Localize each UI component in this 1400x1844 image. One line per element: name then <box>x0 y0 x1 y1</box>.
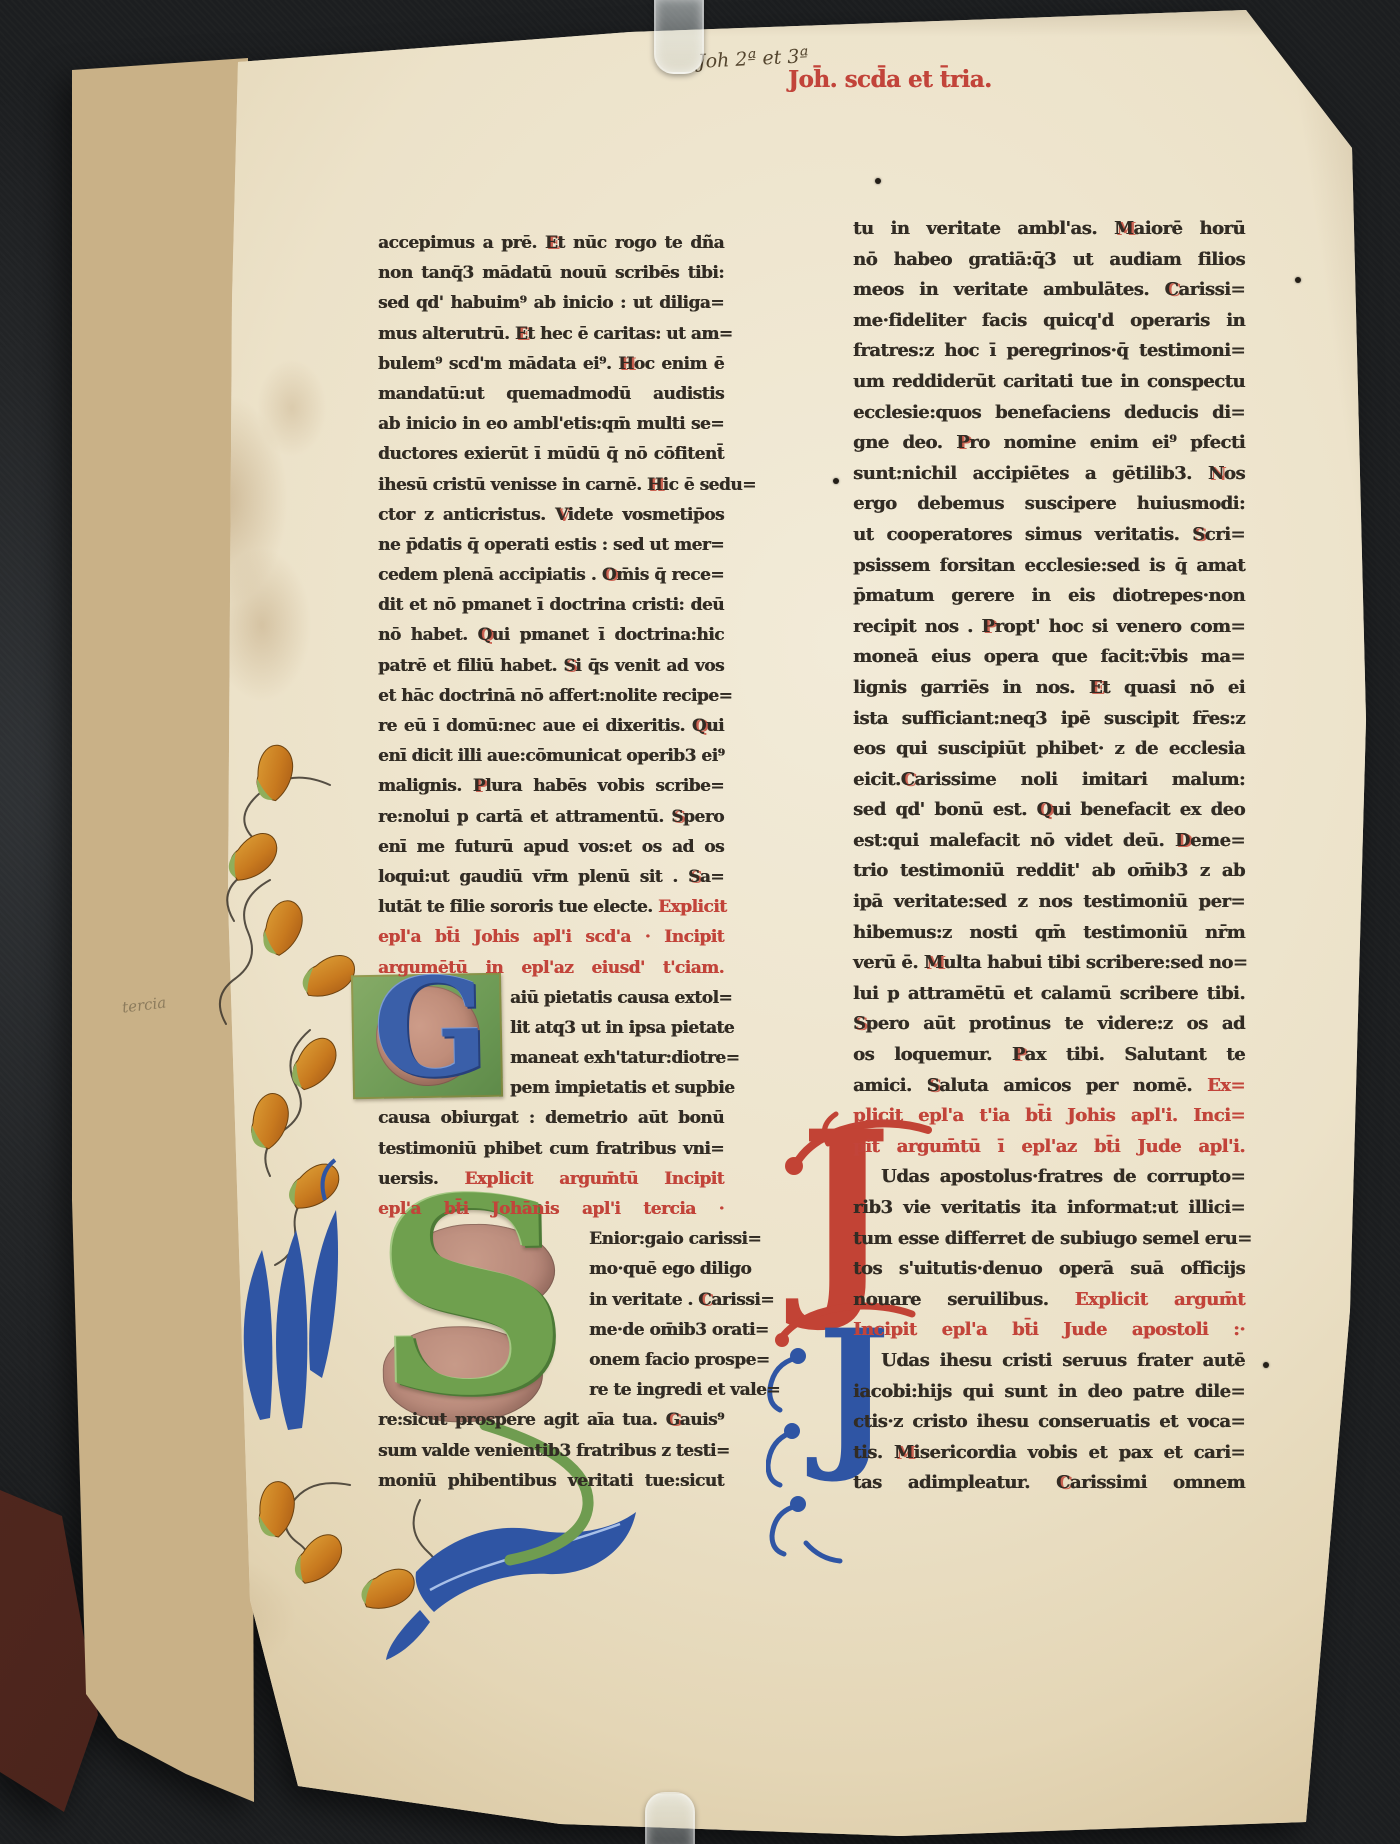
body-text: aiorē horū <box>1133 218 1245 239</box>
text-line: loqui:ut gaudiū vr̄m plenū sit . Sa= <box>378 862 724 892</box>
text-line: ductores exierūt ī mūdū q̄ nō cōfitent̄ <box>378 439 724 469</box>
text-line: argumētū in epl'az eiusd' t'ciam. <box>378 953 724 983</box>
rubricated-capital: P <box>1012 1044 1025 1065</box>
body-text: ulta habui tibi scribere:sed no= <box>943 952 1247 973</box>
wormhole <box>1263 1362 1269 1368</box>
body-text: ista sufficiant:neq3 ipē suscipit fr̄es:… <box>853 708 1245 729</box>
text-line: ergo debemus suscipere huiusmodi: <box>853 489 1245 520</box>
body-text: nō habeo gratiā:q̄3 ut audiam filios <box>853 249 1245 270</box>
body-text: aluta amicos per nomē. <box>939 1075 1207 1096</box>
text-line: um reddiderūt caritati tue in conspectu <box>853 367 1245 398</box>
body-text: ic ē sedu= <box>662 475 755 495</box>
text-line: nō habet. Qui pmanet ī doctrina:hic <box>378 620 724 650</box>
text-line: moneā eius opera que facit:v̄bis ma= <box>853 642 1245 673</box>
rubricated-capital: S <box>853 1013 866 1034</box>
rubricated-capital: H <box>647 475 663 495</box>
body-text: lui p attramētū et calamū scribere tibi. <box>853 983 1245 1004</box>
text-line: hibemus:z nosti qm̄ testimoniū nr̄m <box>853 918 1245 949</box>
text-line: malignis. Plura habēs vobis scribe= <box>378 771 724 801</box>
text-line: ab inicio in eo ambl'etis:qm̄ multi se= <box>378 409 724 439</box>
body-text: p̄matum gerere in eis diotrepes·non <box>853 585 1245 606</box>
text-line: moniū phibentibus veritati tue:sicut <box>378 1466 724 1496</box>
body-text: ax tibi. Salutant te <box>1024 1044 1245 1065</box>
body-text: causa obiurgat : demetrio aūt bonū <box>378 1108 724 1128</box>
rubricated-capital: P <box>981 616 994 637</box>
text-line: dit et nō pmanet ī doctrina cristi: deū <box>378 590 724 620</box>
body-text: aiū pietatis causa extol= <box>510 988 732 1008</box>
body-text: recipit nos . <box>853 616 981 637</box>
body-text: ctis·z cristo ihesu conseruatis et voca= <box>853 1411 1245 1432</box>
body-text: arissimi omnem <box>1070 1472 1245 1493</box>
body-text: tas adimpleatur. <box>853 1472 1056 1493</box>
text-line: rib3 vie veritatis ita informat:ut illic… <box>853 1193 1245 1224</box>
rubric-text: Ex= <box>1207 1075 1245 1096</box>
text-line: ctor z anticristus. Videte vosmetip̄os <box>378 500 724 530</box>
body-text: idete vosmetip̄os <box>567 505 724 525</box>
body-text: trio testimoniū reddit' ab om̄ib3 z ab <box>853 860 1245 881</box>
body-text: tos s'uitutis·denuo operā suā officijs <box>853 1258 1245 1279</box>
text-line: ecclesie:quos benefaciens deducis di= <box>853 398 1245 429</box>
body-text: ro nomine enim ei⁹ pfecti <box>969 432 1245 453</box>
body-text: os loquemur. <box>853 1044 1012 1065</box>
text-line: enī dicit illi aue:cōmunicat operib3 ei⁹ <box>378 741 724 771</box>
body-text: re:sicut prospere agit aīa tua. <box>378 1410 666 1430</box>
body-text: ctor z anticristus. <box>378 505 555 525</box>
body-text: tu in veritate ambl'as. <box>853 218 1114 239</box>
text-line: nouare seruilibus. Explicit argum̄t <box>853 1285 1245 1316</box>
text-line: eicit.Carissime noli imitari malum: <box>853 765 1245 796</box>
rubricated-capital: V <box>555 505 567 525</box>
body-text: sum valde venientib3 fratribus z testi= <box>378 1441 730 1461</box>
wormhole <box>1295 277 1301 283</box>
rubricated-capital: Q <box>477 625 491 645</box>
body-text: Udas apostolus·fratres de corrupto= <box>881 1166 1245 1187</box>
body-text: ut cooperatores simus veritatis. <box>853 524 1192 545</box>
body-text: ropt' hoc si venero com= <box>994 616 1245 637</box>
body-text: maneat exh'tatur:diotre= <box>510 1048 739 1068</box>
text-line: p̄matum gerere in eis diotrepes·non <box>853 581 1245 612</box>
body-text: auis⁹ <box>680 1410 724 1430</box>
body-text: uersis. <box>378 1169 464 1189</box>
rubricated-capital: M <box>924 952 943 973</box>
text-line: lit atq3 ut in ipsa pietate <box>378 1013 724 1043</box>
body-text: ergo debemus suscipere huiusmodi: <box>853 493 1245 514</box>
body-text: mus alterutrū. <box>378 324 515 344</box>
body-text: me·de om̄ib3 orati= <box>589 1320 769 1340</box>
text-line: recipit nos . Propt' hoc si venero com= <box>853 612 1245 643</box>
rubric-text: Explicit <box>658 897 727 917</box>
body-text: ne p̄datis q̄ operati estis : sed ut mer… <box>378 535 724 555</box>
text-line: bulem⁹ scd'm mādata ei⁹. Hoc enim ē <box>378 349 724 379</box>
text-line: re:sicut prospere agit aīa tua. Gauis⁹ <box>378 1405 724 1435</box>
body-text: ductores exierūt ī mūdū q̄ nō cōfitent̄ <box>378 444 724 464</box>
rubricated-capital: S <box>563 656 575 676</box>
body-text: lutāt te filie sororis tue electe. <box>378 897 658 917</box>
wormhole <box>875 178 881 184</box>
body-text: malignis. <box>378 776 473 796</box>
text-line: amici. Saluta amicos per nomē. Ex= <box>853 1071 1245 1102</box>
text-line: gne deo. Pro nomine enim ei⁹ pfecti <box>853 428 1245 459</box>
body-text: um reddiderūt caritati tue in conspectu <box>853 371 1245 392</box>
text-line: plicit epl'a t'ia bt̄i Johis apl'i. Inci… <box>853 1101 1245 1132</box>
body-text: i q̄s venit ad vos <box>575 656 724 676</box>
text-line: iacobi:hijs qui sunt in deo patre dile= <box>853 1377 1245 1408</box>
text-line: sunt:nichil accipiētes a gētilib3. Nos <box>853 459 1245 490</box>
text-line: ipā veritate:sed z nos testimoniū per= <box>853 887 1245 918</box>
body-text: oc enim ē <box>634 354 724 374</box>
rubricated-capital: Q <box>1037 799 1052 820</box>
body-text: rib3 vie veritatis ita informat:ut illic… <box>853 1197 1245 1218</box>
body-text: Enior:gaio carissi= <box>589 1229 761 1249</box>
text-line: patrē et filiū habet. Si q̄s venit ad vo… <box>378 651 724 681</box>
rubric-text: epl'a bt̄i Johis apl'i scd'a · Incipit <box>378 927 724 947</box>
rubric-text: Explicit argum̄t <box>1075 1289 1245 1310</box>
body-text: t quasi nō ei <box>1102 677 1245 698</box>
rubric-text: epl'a bt̄i Johānis apl'i tercia · <box>378 1199 724 1219</box>
rubricated-capital: E <box>545 233 557 253</box>
text-line: Incipit epl'a bt̄i Jude apostoli :· <box>853 1315 1245 1346</box>
body-text: verū ē. <box>853 952 924 973</box>
text-line: mo·quē ego diligo <box>378 1254 724 1284</box>
body-text: onem facio prospe= <box>589 1350 770 1370</box>
body-text: tis. <box>853 1442 894 1463</box>
text-line: fratres:z hoc ī peregrinos·q̄ testimoni= <box>853 336 1245 367</box>
text-line: epl'a bt̄i Johānis apl'i tercia · <box>378 1194 724 1224</box>
text-line: tas adimpleatur. Carissimi omnem <box>853 1468 1245 1499</box>
body-text: eme= <box>1190 830 1245 851</box>
text-line: pit argum̄tū ī epl'az bt̄i Jude apl'i. <box>853 1132 1245 1163</box>
text-line: me·de om̄ib3 orati= <box>378 1315 724 1345</box>
rubricated-capital: C <box>1165 279 1179 300</box>
body-text: cedem plenā accipiatis . <box>378 565 602 585</box>
text-line: re:nolui p cartā et attramentū. Spero <box>378 802 724 832</box>
rubricated-capital: C <box>698 1290 711 1310</box>
text-line: Udas apostolus·fratres de corrupto= <box>853 1162 1245 1193</box>
rubric-text: argumētū in epl'az eiusd' t'ciam. <box>378 958 724 978</box>
text-line: et hāc doctrinā nō affert:nolite recipe= <box>378 681 724 711</box>
text-line: est:qui malefacit nō videt deū. Deme= <box>853 826 1245 857</box>
rubricated-capital: S <box>1192 524 1205 545</box>
body-text: loqui:ut gaudiū vr̄m plenū sit . <box>378 867 688 887</box>
body-text: arissime noli imitari malum: <box>915 769 1246 790</box>
text-line: lui p attramētū et calamū scribere tibi. <box>853 979 1245 1010</box>
rubricated-capital: C <box>1056 1472 1070 1493</box>
text-line: psissem forsitan ecclesie:sed is q̄ amat <box>853 551 1245 582</box>
body-text: sunt:nichil accipiētes a gētilib3. <box>853 463 1208 484</box>
text-line: enī me futurū apud vos:et os ad os <box>378 832 724 862</box>
body-text: nō habet. <box>378 625 477 645</box>
body-text: dit et nō pmanet ī doctrina cristi: deū <box>378 595 724 615</box>
body-text: ui pmanet ī doctrina:hic <box>492 625 724 645</box>
body-text: gne deo. <box>853 432 956 453</box>
text-line: non tanq̄3 mādatū nouū scribēs tibi: <box>378 258 724 288</box>
text-line: ne p̄datis q̄ operati estis : sed ut mer… <box>378 530 724 560</box>
rubricated-capital: N <box>1208 463 1224 484</box>
text-line: eos qui suscipiūt phibet· z de ecclesia <box>853 734 1245 765</box>
text-line: re eū ī domū:nec aue ei dixeritis. Qui <box>378 711 724 741</box>
body-text: nouare seruilibus. <box>853 1289 1075 1310</box>
text-line: os loquemur. Pax tibi. Salutant te <box>853 1040 1245 1071</box>
body-text: me·fideliter facis quicq'd operaris in <box>853 310 1245 331</box>
body-text: hibemus:z nosti qm̄ testimoniū nr̄m <box>853 922 1245 943</box>
body-text: t hec ē caritas: ut am= <box>527 324 732 344</box>
text-line: tum esse differret de subiugo semel eru= <box>853 1224 1245 1255</box>
body-text: lignis garriēs in nos. <box>853 677 1089 698</box>
body-text: re eū ī domū:nec aue ei dixeritis. <box>378 716 692 736</box>
text-line: trio testimoniū reddit' ab om̄ib3 z ab <box>853 856 1245 887</box>
body-text: arissi= <box>1178 279 1245 300</box>
body-text: ihesū cristū venisse in carnē. <box>378 475 647 495</box>
body-text: ui <box>706 716 724 736</box>
text-line: testimoniū phibet cum fratribus vni= <box>378 1134 724 1164</box>
body-text: tum esse differret de subiugo semel eru= <box>853 1228 1252 1249</box>
rubricated-capital: M <box>894 1442 913 1463</box>
rubric-text: Explicit argum̄tū Incipit <box>464 1169 724 1189</box>
body-text: psissem forsitan ecclesie:sed is q̄ amat <box>853 555 1245 576</box>
body-text: eicit. <box>853 769 901 790</box>
body-text: isericordia vobis et pax et cari= <box>913 1442 1245 1463</box>
body-text: meos in veritate ambulātes. <box>853 279 1165 300</box>
body-text: m̄is q̄ rece= <box>616 565 724 585</box>
text-line: mandatū:ut quemadmodū audistis <box>378 379 724 409</box>
body-text: enī dicit illi aue:cōmunicat operib3 ei⁹ <box>378 746 725 766</box>
rubricated-capital: M <box>1114 218 1133 239</box>
body-text: moneā eius opera que facit:v̄bis ma= <box>853 646 1245 667</box>
body-text: et hāc doctrinā nō affert:nolite recipe= <box>378 686 732 706</box>
text-line: Enior:gaio carissi= <box>378 1224 724 1254</box>
body-text: ab inicio in eo ambl'etis:qm̄ multi se= <box>378 414 724 434</box>
text-line: accepimus a prē. Et nūc rogo te dña <box>378 228 724 258</box>
text-line: ihesū cristū venisse in carnē. Hic ē sed… <box>378 470 724 500</box>
text-line: causa obiurgat : demetrio aūt bonū <box>378 1103 724 1133</box>
body-text: non tanq̄3 mādatū nouū scribēs tibi: <box>378 263 724 283</box>
text-line: sed qd' bonū est. Qui benefacit ex deo <box>853 795 1245 826</box>
body-text: pero <box>683 807 724 827</box>
text-line: ut cooperatores simus veritatis. Scri= <box>853 520 1245 551</box>
body-text: Udas ihesu cristi seruus frater autē <box>881 1350 1245 1371</box>
body-text: os <box>1224 463 1245 484</box>
body-text: bulem⁹ scd'm mādata ei⁹. <box>378 354 618 374</box>
text-line: Udas ihesu cristi seruus frater autē <box>853 1346 1245 1377</box>
text-line: tos s'uitutis·denuo operā suā officijs <box>853 1254 1245 1285</box>
rubricated-capital: C <box>901 769 915 790</box>
body-text: sed qd' bonū est. <box>853 799 1037 820</box>
text-line: tis. Misericordia vobis et pax et cari= <box>853 1438 1245 1469</box>
body-text: enī me futurū apud vos:et os ad os <box>378 837 724 857</box>
page-holder-clip-bottom <box>645 1792 695 1844</box>
body-text: ui benefacit ex deo <box>1052 799 1245 820</box>
text-line: maneat exh'tatur:diotre= <box>378 1043 724 1073</box>
body-text: in veritate . <box>589 1290 698 1310</box>
text-line: lutāt te filie sororis tue electe. Expli… <box>378 892 724 922</box>
body-text: ecclesie:quos benefaciens deducis di= <box>853 402 1245 423</box>
column-right: tu in veritate ambl'as. Maiorē horūnō ha… <box>853 214 1245 1499</box>
rubric-text: plicit epl'a t'ia bt̄i Johis apl'i. Inci… <box>853 1105 1245 1126</box>
body-text: mo·quē ego diligo <box>589 1259 751 1279</box>
body-text: amici. <box>853 1075 927 1096</box>
rubricated-capital: O <box>602 565 616 585</box>
text-line: tu in veritate ambl'as. Maiorē horū <box>853 214 1245 245</box>
rubricated-capital: H <box>618 354 634 374</box>
rubricated-capital: S <box>688 867 700 887</box>
body-text: a= <box>700 867 724 887</box>
body-text: cri= <box>1205 524 1245 545</box>
text-line: mus alterutrū. Et hec ē caritas: ut am= <box>378 319 724 349</box>
body-text: iacobi:hijs qui sunt in deo patre dile= <box>853 1381 1245 1402</box>
text-line: onem facio prospe= <box>378 1345 724 1375</box>
rubricated-capital: G <box>666 1410 680 1430</box>
wormhole <box>833 478 839 484</box>
text-line: me·fideliter facis quicq'd operaris in <box>853 306 1245 337</box>
body-text: moniū phibentibus veritati tue:sicut <box>378 1471 724 1491</box>
text-line: ista sufficiant:neq3 ipē suscipit fr̄es:… <box>853 704 1245 735</box>
text-line: nō habeo gratiā:q̄3 ut audiam filios <box>853 245 1245 276</box>
body-text: lit atq3 ut in ipsa pietate <box>510 1018 734 1038</box>
body-text: est:qui malefacit nō videt deū. <box>853 830 1175 851</box>
text-line: meos in veritate ambulātes. Carissi= <box>853 275 1245 306</box>
text-line: lignis garriēs in nos. Et quasi nō ei <box>853 673 1245 704</box>
text-line: verū ē. Multa habui tibi scribere:sed no… <box>853 948 1245 979</box>
text-line: uersis. Explicit argum̄tū Incipit <box>378 1164 724 1194</box>
body-text: t nūc rogo te dña <box>557 233 724 253</box>
rubricated-capital: P <box>956 432 969 453</box>
body-text: ipā veritate:sed z nos testimoniū per= <box>853 891 1245 912</box>
text-line: epl'a bt̄i Johis apl'i scd'a · Incipit <box>378 922 724 952</box>
body-text: sed qd' habuim⁹ ab inicio : ut diliga= <box>378 293 724 313</box>
text-line: re te ingredi et vale= <box>378 1375 724 1405</box>
column-left: accepimus a prē. Et nūc rogo te dñanon t… <box>378 228 724 1496</box>
body-text: patrē et filiū habet. <box>378 656 563 676</box>
body-text: eos qui suscipiūt phibet· z de ecclesia <box>853 738 1245 759</box>
body-text: re te ingredi et vale= <box>589 1380 780 1400</box>
rubricated-capital: D <box>1175 830 1190 851</box>
rubricated-capital: E <box>515 324 527 344</box>
text-line: Spero aūt protinus te videre:z os ad <box>853 1009 1245 1040</box>
body-text: mandatū:ut quemadmodū audistis <box>378 384 724 404</box>
rubricated-capital: P <box>473 776 485 796</box>
text-line: sum valde venientib3 fratribus z testi= <box>378 1436 724 1466</box>
rubric-text: Incipit epl'a bt̄i Jude apostoli :· <box>853 1319 1245 1340</box>
body-text: testimoniū phibet cum fratribus vni= <box>378 1139 724 1159</box>
text-line: ctis·z cristo ihesu conseruatis et voca= <box>853 1407 1245 1438</box>
body-text: lura habēs vobis scribe= <box>485 776 724 796</box>
text-line: in veritate . Carissi= <box>378 1285 724 1315</box>
rubricated-capital: E <box>1089 677 1102 698</box>
body-text: accepimus a prē. <box>378 233 545 253</box>
text-line: aiū pietatis causa extol= <box>378 983 724 1013</box>
page-holder-clip-top <box>654 0 704 74</box>
text-line: cedem plenā accipiatis . Om̄is q̄ rece= <box>378 560 724 590</box>
body-text: fratres:z hoc ī peregrinos·q̄ testimoni= <box>853 340 1245 361</box>
running-title: Joh̄. scd̄a et t̄ria. <box>788 66 992 93</box>
text-line: pem impietatis et supbie <box>378 1073 724 1103</box>
rubricated-capital: S <box>671 807 683 827</box>
rubricated-capital: S <box>927 1075 940 1096</box>
body-text: pero aūt protinus te videre:z os ad <box>866 1013 1246 1034</box>
body-text: re:nolui p cartā et attramentū. <box>378 807 671 827</box>
rubric-text: pit argum̄tū ī epl'az bt̄i Jude apl'i. <box>853 1136 1245 1157</box>
rubricated-capital: Q <box>692 716 706 736</box>
manuscript-photograph: Joh̄. scd̄a et t̄ria. Joh 2ª et 3ª terci… <box>0 0 1400 1844</box>
body-text: pem impietatis et supbie <box>510 1078 734 1098</box>
text-line: sed qd' habuim⁹ ab inicio : ut diliga= <box>378 288 724 318</box>
body-text: arissi= <box>711 1290 774 1310</box>
